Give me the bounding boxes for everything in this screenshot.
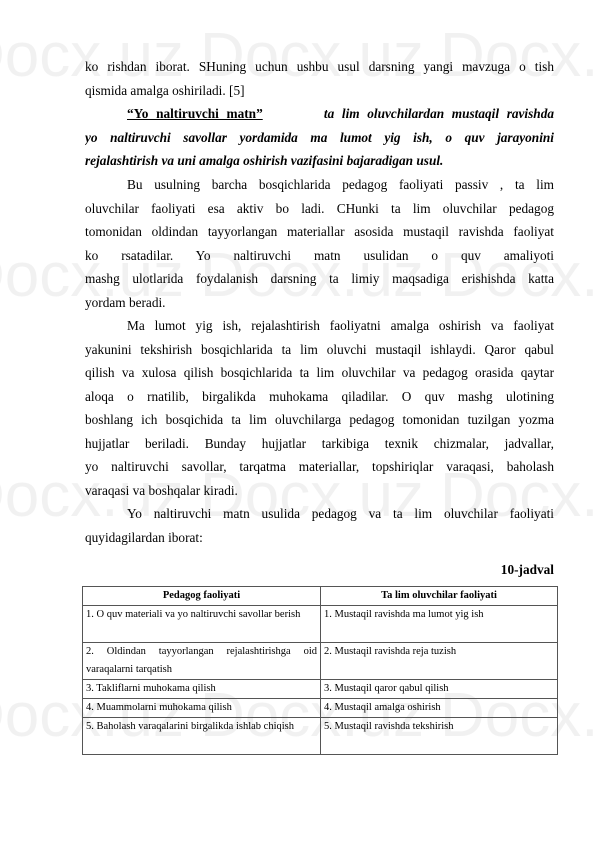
text-line: mashg ulotlarida foydalanish darsning ta…: [85, 267, 554, 291]
text-line: Yo naltiruvchi matn usulida pedagog va t…: [85, 502, 554, 526]
table-row: 3. Takliflarni muhokama qilish 3. Mustaq…: [83, 680, 558, 699]
paragraph-1: ko rishdan iborat. SHuning uchun ushbu u…: [85, 55, 554, 102]
text-line: “Yo naltiruvchi matn” ta lim oluvchilard…: [85, 102, 554, 126]
table-cell: 3. Takliflarni muhokama qilish: [83, 680, 321, 699]
definition-text: ta lim oluvchilardan mustaqil ravishda: [324, 106, 554, 121]
text-line: yo naltiruvchi savollar yordamida ma lum…: [85, 126, 554, 150]
table-row: 4. Muammolarni muhokama qilish 4. Mustaq…: [83, 699, 558, 718]
text-line: rejalashtirish va uni amalga oshirish va…: [85, 149, 554, 173]
text-line: qilish va xulosa qilish bosqichlarida ta…: [85, 361, 554, 385]
text-line: oluvchilar faoliyati esa aktiv bo ladi. …: [85, 197, 554, 221]
table-cell: 1. Mustaqil ravishda ma lumot yig ish: [321, 606, 558, 643]
text-line: yordam beradi.: [85, 291, 554, 315]
activity-table: Pedagog faoliyati Ta lim oluvchilar faol…: [82, 586, 558, 755]
table-cell: 5. Baholash varaqalarini birgalikda ishl…: [83, 718, 321, 755]
table-cell: 4. Mustaqil amalga oshirish: [321, 699, 558, 718]
table-cell: 5. Mustaqil ravishda tekshirish: [321, 718, 558, 755]
text-line: varaqasi va boshqalar kiradi.: [85, 479, 554, 503]
table-caption: 10-jadval: [501, 562, 554, 578]
text-line: hujjatlar beriladi. Bunday hujjatlar tar…: [85, 432, 554, 456]
text-line: boshlang ich bosqichida ta lim oluvchila…: [85, 408, 554, 432]
text-line: aloqa o rnatilib, birgalikda muhokama qi…: [85, 385, 554, 409]
table-row: 1. O quv materiali va yo naltiruvchi sav…: [83, 606, 558, 643]
text-line: ko rishdan iborat. SHuning uchun ushbu u…: [85, 55, 554, 79]
table-cell: 2. Oldindan tayyorlangan rejalashtirishg…: [83, 643, 321, 680]
text-line: tomonidan oldindan tayyorlangan material…: [85, 220, 554, 244]
text-line: ko rsatadilar. Yo naltiruvchi matn usuli…: [85, 244, 554, 268]
text-line: Bu usulning barcha bosqichlarida pedagog…: [85, 173, 554, 197]
document-page: Docx.uz Docx.uz Docx.uz Docx.uz Docx.uz …: [0, 0, 595, 842]
table-row: 2. Oldindan tayyorlangan rejalashtirishg…: [83, 643, 558, 680]
text-line: quyidagilardan iborat:: [85, 526, 554, 550]
table-cell: 4. Muammolarni muhokama qilish: [83, 699, 321, 718]
table-header-row: Pedagog faoliyati Ta lim oluvchilar faol…: [83, 587, 558, 606]
paragraph-4: Ma lumot yig ish, rejalashtirish faoliya…: [85, 314, 554, 502]
table-cell: 1. O quv materiali va yo naltiruvchi sav…: [83, 606, 321, 643]
paragraph-5: Yo naltiruvchi matn usulida pedagog va t…: [85, 502, 554, 549]
table-cell: 3. Mustaqil qaror qabul qilish: [321, 680, 558, 699]
text-line: Ma lumot yig ish, rejalashtirish faoliya…: [85, 314, 554, 338]
paragraph-3: Bu usulning barcha bosqichlarida pedagog…: [85, 173, 554, 314]
paragraph-definition: “Yo naltiruvchi matn” ta lim oluvchilard…: [85, 102, 554, 173]
text-line: qismida amalga oshiriladi. [5]: [85, 79, 554, 103]
term-heading: “Yo naltiruvchi matn”: [127, 106, 263, 121]
column-header-pedagog: Pedagog faoliyati: [83, 587, 321, 606]
table-row: 5. Baholash varaqalarini birgalikda ishl…: [83, 718, 558, 755]
column-header-learners: Ta lim oluvchilar faoliyati: [321, 587, 558, 606]
text-line: yakunini tekshirish bosqichlarida ta lim…: [85, 338, 554, 362]
text-line: yo naltiruvchi savollar, tarqatma materi…: [85, 455, 554, 479]
table-cell: 2. Mustaqil ravishda reja tuzish: [321, 643, 558, 680]
